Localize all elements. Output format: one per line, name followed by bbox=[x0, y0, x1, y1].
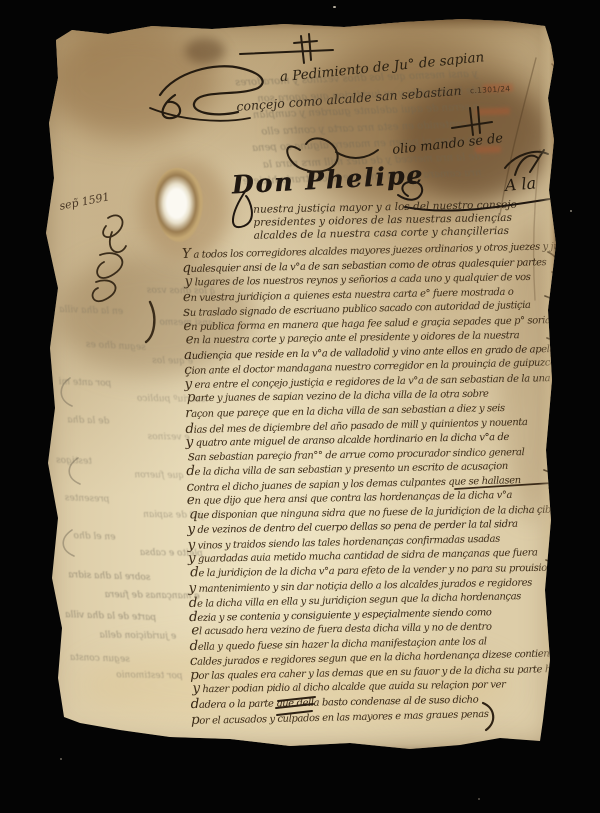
dust-speck bbox=[570, 210, 572, 212]
bleedthrough-fragment: parte de la dha villa bbox=[65, 610, 156, 623]
bleedthrough-fragment: presentes bbox=[65, 493, 110, 504]
bleedthrough-fragment: en el dho bbox=[73, 531, 115, 542]
bleedthrough-fragment: e vezinos bbox=[148, 432, 190, 443]
bleedthrough-fragment: testigos bbox=[56, 456, 92, 467]
bleedthrough-fragment: por testimonio bbox=[116, 670, 183, 681]
main-text-block: Y a todos los corregidores alcaldes mayo… bbox=[182, 239, 598, 727]
royal-name-continuation: A la bbox=[504, 173, 537, 195]
bleedthrough-fragment: segun dho es bbox=[86, 340, 146, 353]
bleedthrough-fragment: e juridiçion della bbox=[99, 630, 176, 641]
bleedthrough-fragment: en la dha villa bbox=[59, 305, 123, 317]
manuscript-photo: y ansi mesmo que los dhos vezinos y mora… bbox=[0, 0, 600, 813]
dust-speck bbox=[60, 758, 62, 760]
bleedthrough-fragment: de la dha bbox=[67, 415, 109, 426]
dust-speck bbox=[333, 6, 336, 8]
address-block: nuestra justiçia mayor y a los del nuest… bbox=[253, 199, 517, 243]
dust-speck bbox=[478, 798, 480, 800]
manuscript-page: y ansi mesmo que los dhos vezinos y mora… bbox=[42, 18, 557, 750]
edge-flap-marks bbox=[552, 64, 557, 121]
bleedthrough-fragment: e mançanas de fuera bbox=[105, 590, 200, 601]
bleedthrough-fragment: por ante mi bbox=[58, 377, 111, 389]
bleedthrough-fragment: sobre la dha sidra bbox=[68, 570, 150, 583]
bleedthrough-fragment: que fueron bbox=[134, 470, 184, 481]
page-content: y ansi mesmo que los dhos vezinos y mora… bbox=[34, 11, 563, 753]
bleedthrough-fragment: segun consta bbox=[70, 653, 130, 665]
